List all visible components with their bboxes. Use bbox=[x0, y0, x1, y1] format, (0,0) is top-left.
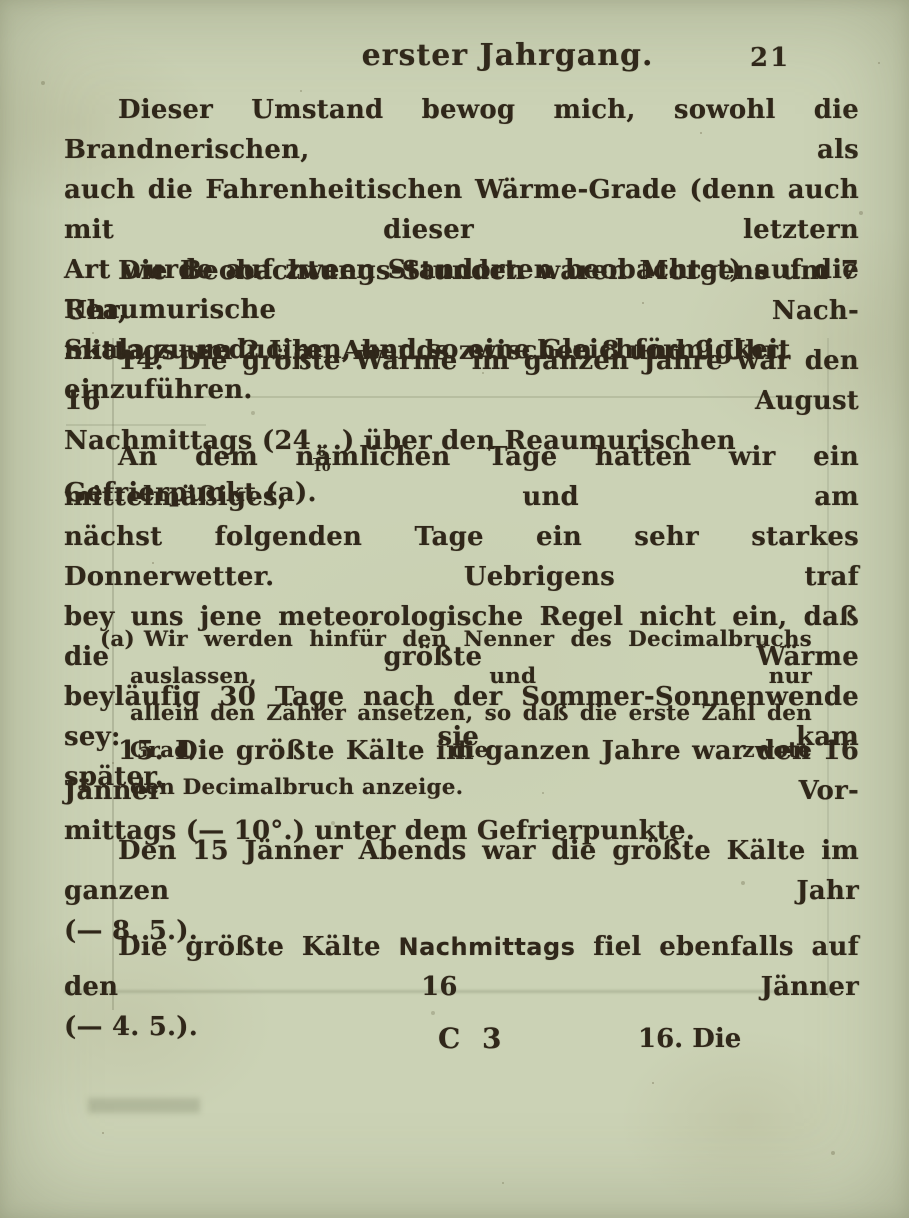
running-header: erster Jahrgang. 21 bbox=[64, 36, 859, 76]
text-line: nächst folgenden Tage ein sehr starkes D… bbox=[64, 517, 859, 597]
text-line: auch die Fahrenheitischen Wärme-Grade (d… bbox=[64, 170, 859, 250]
text-line: An dem nämlichen Tage hatten wir ein mit… bbox=[64, 437, 859, 517]
text-segment: Die größte Kälte bbox=[118, 932, 399, 962]
page-number: 21 bbox=[750, 38, 790, 78]
text-line: 15. Die größte Kälte im ganzen Jahre war… bbox=[64, 731, 859, 811]
text-line: 14. Die größte Wärme im ganzen Jahre war… bbox=[64, 341, 859, 421]
signature-mark: C 3 bbox=[438, 1022, 508, 1055]
catchword: 16. Die bbox=[638, 1024, 741, 1054]
footnote-marker: (a) bbox=[100, 627, 135, 652]
text-segment: Wir werden hinfür den Nenner des Decimal… bbox=[130, 627, 812, 689]
paper-speckles bbox=[0, 0, 2, 2]
footnote-line: (a)Wir werden hinfür den Nenner des Deci… bbox=[130, 621, 812, 695]
emphasized-word: Nachmittags bbox=[399, 933, 576, 961]
text-line: Den 15 Jänner Abends war die größte Kält… bbox=[64, 831, 859, 911]
running-header-title: erster Jahrgang. bbox=[64, 36, 859, 76]
showthrough-smudge bbox=[88, 1098, 200, 1113]
text-line: Die größte Kälte Nachmittags fiel ebenfa… bbox=[64, 927, 859, 1007]
text-line: Dieser Umstand bewog mich, sowohl die Br… bbox=[64, 90, 859, 170]
scanned-book-page: erster Jahrgang. 21 Dieser Umstand bewog… bbox=[0, 0, 909, 1218]
text-line: Die Beobachtungs-Stunden waren Morgens u… bbox=[64, 251, 859, 331]
